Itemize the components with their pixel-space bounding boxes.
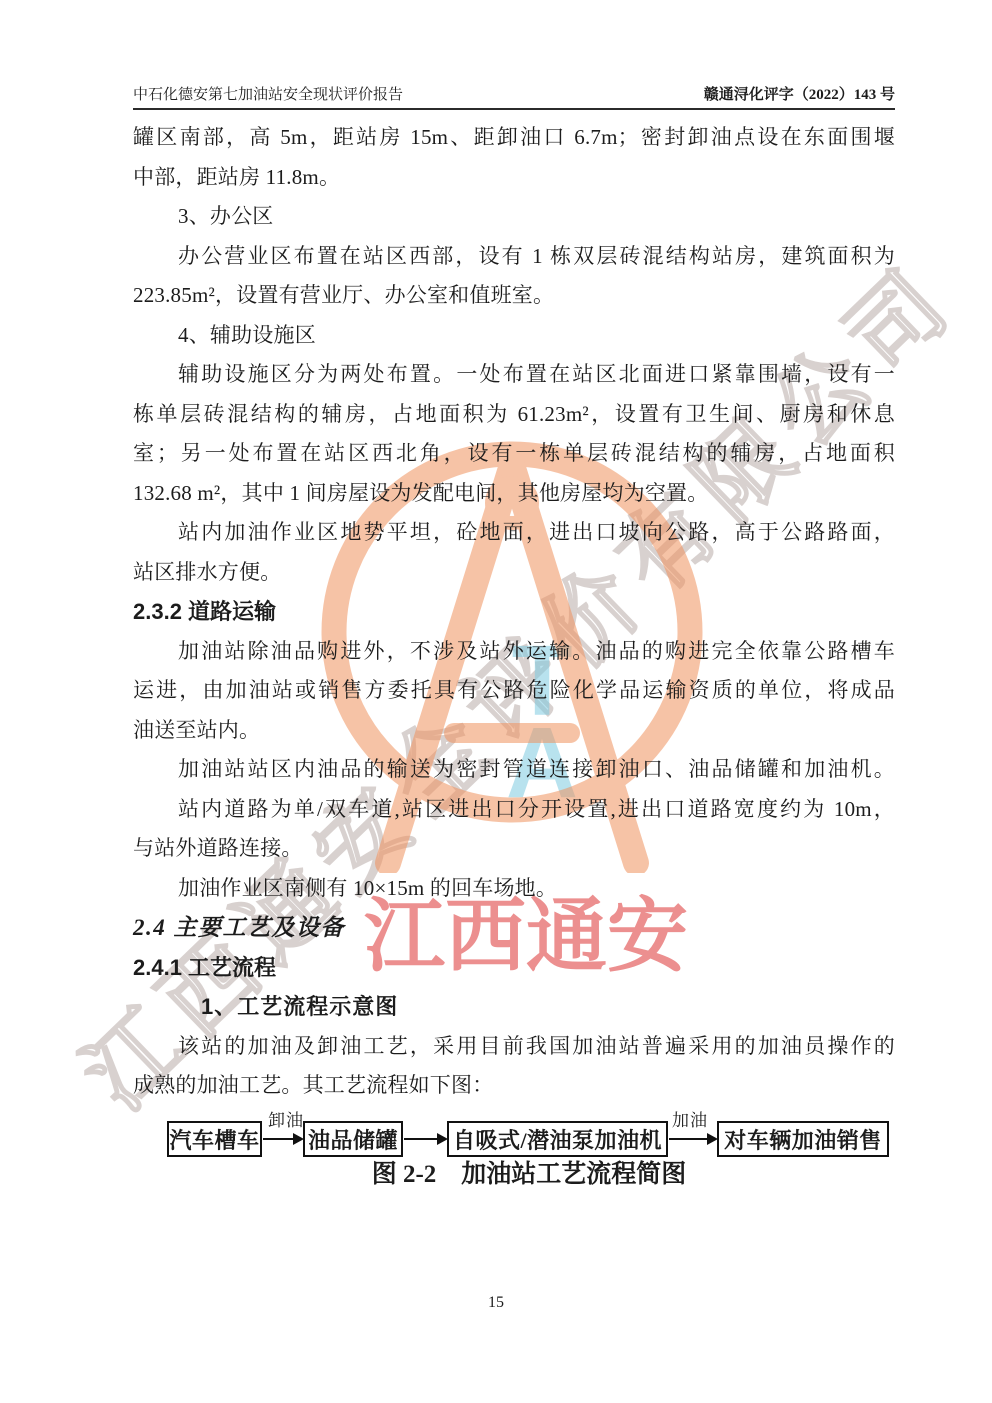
section-heading-2-4: 2.4 主要工艺及设备 — [133, 908, 895, 948]
page-header: 中石化德安第七加油站安全现状评价报告 赣通浔化评字（2022）143 号 — [133, 86, 895, 104]
section-heading-2-3-2: 2.3.2 道路运输 — [133, 592, 895, 632]
body-line: 油送至站内。 — [133, 711, 895, 751]
subsection-heading-flow-diagram: 1、工艺流程示意图 — [133, 987, 895, 1027]
body-line: 223.85m²，设置有营业厅、办公室和值班室。 — [133, 276, 895, 316]
document-body: 罐区南部，高 5m，距站房 15m、距卸油口 6.7m；密封卸油点设在东面围堰 … — [133, 118, 895, 1106]
flow-box-oil-storage-tank: 油品储罐 — [303, 1121, 403, 1157]
body-line: 运进，由加油站或销售方委托具有公路危险化学品运输资质的单位，将成品 — [133, 671, 895, 711]
body-line: 4、辅助设施区 — [133, 316, 895, 356]
body-line: 栋单层砖混结构的辅房，占地面积为 61.23m²，设置有卫生间、厨房和休息 — [133, 395, 895, 435]
flow-box-fuel-dispenser: 自吸式/潜油泵加油机 — [447, 1121, 668, 1157]
body-line: 站区排水方便。 — [133, 553, 895, 593]
body-line: 加油站除油品购进外，不涉及站外运输。油品的购进完全依靠公路槽车 — [133, 632, 895, 672]
page-content: 中石化德安第七加油站安全现状评价报告 赣通浔化评字（2022）143 号 罐区南… — [0, 0, 992, 1403]
body-line: 辅助设施区分为两处布置。一处布置在站区北面进口紧靠围墙，设有一 — [133, 355, 895, 395]
header-report-title: 中石化德安第七加油站安全现状评价报告 — [133, 86, 403, 104]
body-line: 成熟的加油工艺。其工艺流程如下图： — [133, 1066, 895, 1106]
body-line: 罐区南部，高 5m，距站房 15m、距卸油口 6.7m；密封卸油点设在东面围堰 — [133, 118, 895, 158]
body-line: 室；另一处布置在站区西北角，设有一栋单层砖混结构的辅房，占地面积 — [133, 434, 895, 474]
body-line: 132.68 m²，其中 1 间房屋设为发配电间，其他房屋均为空置。 — [133, 474, 895, 514]
body-line: 站内道路为单/双车道,站区进出口分开设置,进出口道路宽度约为 10m， — [133, 790, 895, 830]
body-line: 加油作业区南侧有 10×15m 的回车场地。 — [133, 869, 895, 909]
body-line: 该站的加油及卸油工艺，采用目前我国加油站普遍采用的加油员操作的 — [133, 1027, 895, 1067]
document-page: 江西通安全评价有限公司 T A 江西通安 中石化德安第七加油站安全现状评价报告 … — [0, 0, 992, 1403]
body-line: 站内加油作业区地势平坦，砼地面，进出口坡向公路，高于公路路面， — [133, 513, 895, 553]
flow-arrow-label-refueling: 加油 — [672, 1112, 708, 1129]
flow-arrow-2-icon — [404, 1138, 446, 1140]
body-line: 办公营业区布置在站区西部，设有 1 栋双层砖混结构站房，建筑面积为 — [133, 237, 895, 277]
flow-box-tanker-truck: 汽车槽车 — [167, 1121, 262, 1157]
body-line: 3、办公区 — [133, 197, 895, 237]
body-line: 与站外道路连接。 — [133, 829, 895, 869]
flow-box-vehicle-refueling-sales: 对车辆加油销售 — [717, 1121, 889, 1157]
flow-arrow-3-icon — [669, 1138, 716, 1140]
flow-arrow-label-unloading: 卸油 — [268, 1112, 304, 1129]
body-line: 加油站站区内油品的输送为密封管道连接卸油口、油品储罐和加油机。 — [133, 750, 895, 790]
header-document-ref: 赣通浔化评字（2022）143 号 — [704, 86, 895, 104]
flow-arrow-1-icon — [263, 1138, 302, 1140]
figure-caption: 图 2-2 加油站工艺流程简图 — [133, 1158, 895, 1192]
section-heading-2-4-1: 2.4.1 工艺流程 — [133, 948, 895, 988]
header-rule — [133, 108, 895, 110]
page-number: 15 — [0, 1294, 992, 1312]
body-line: 中部，距站房 11.8m。 — [133, 158, 895, 198]
